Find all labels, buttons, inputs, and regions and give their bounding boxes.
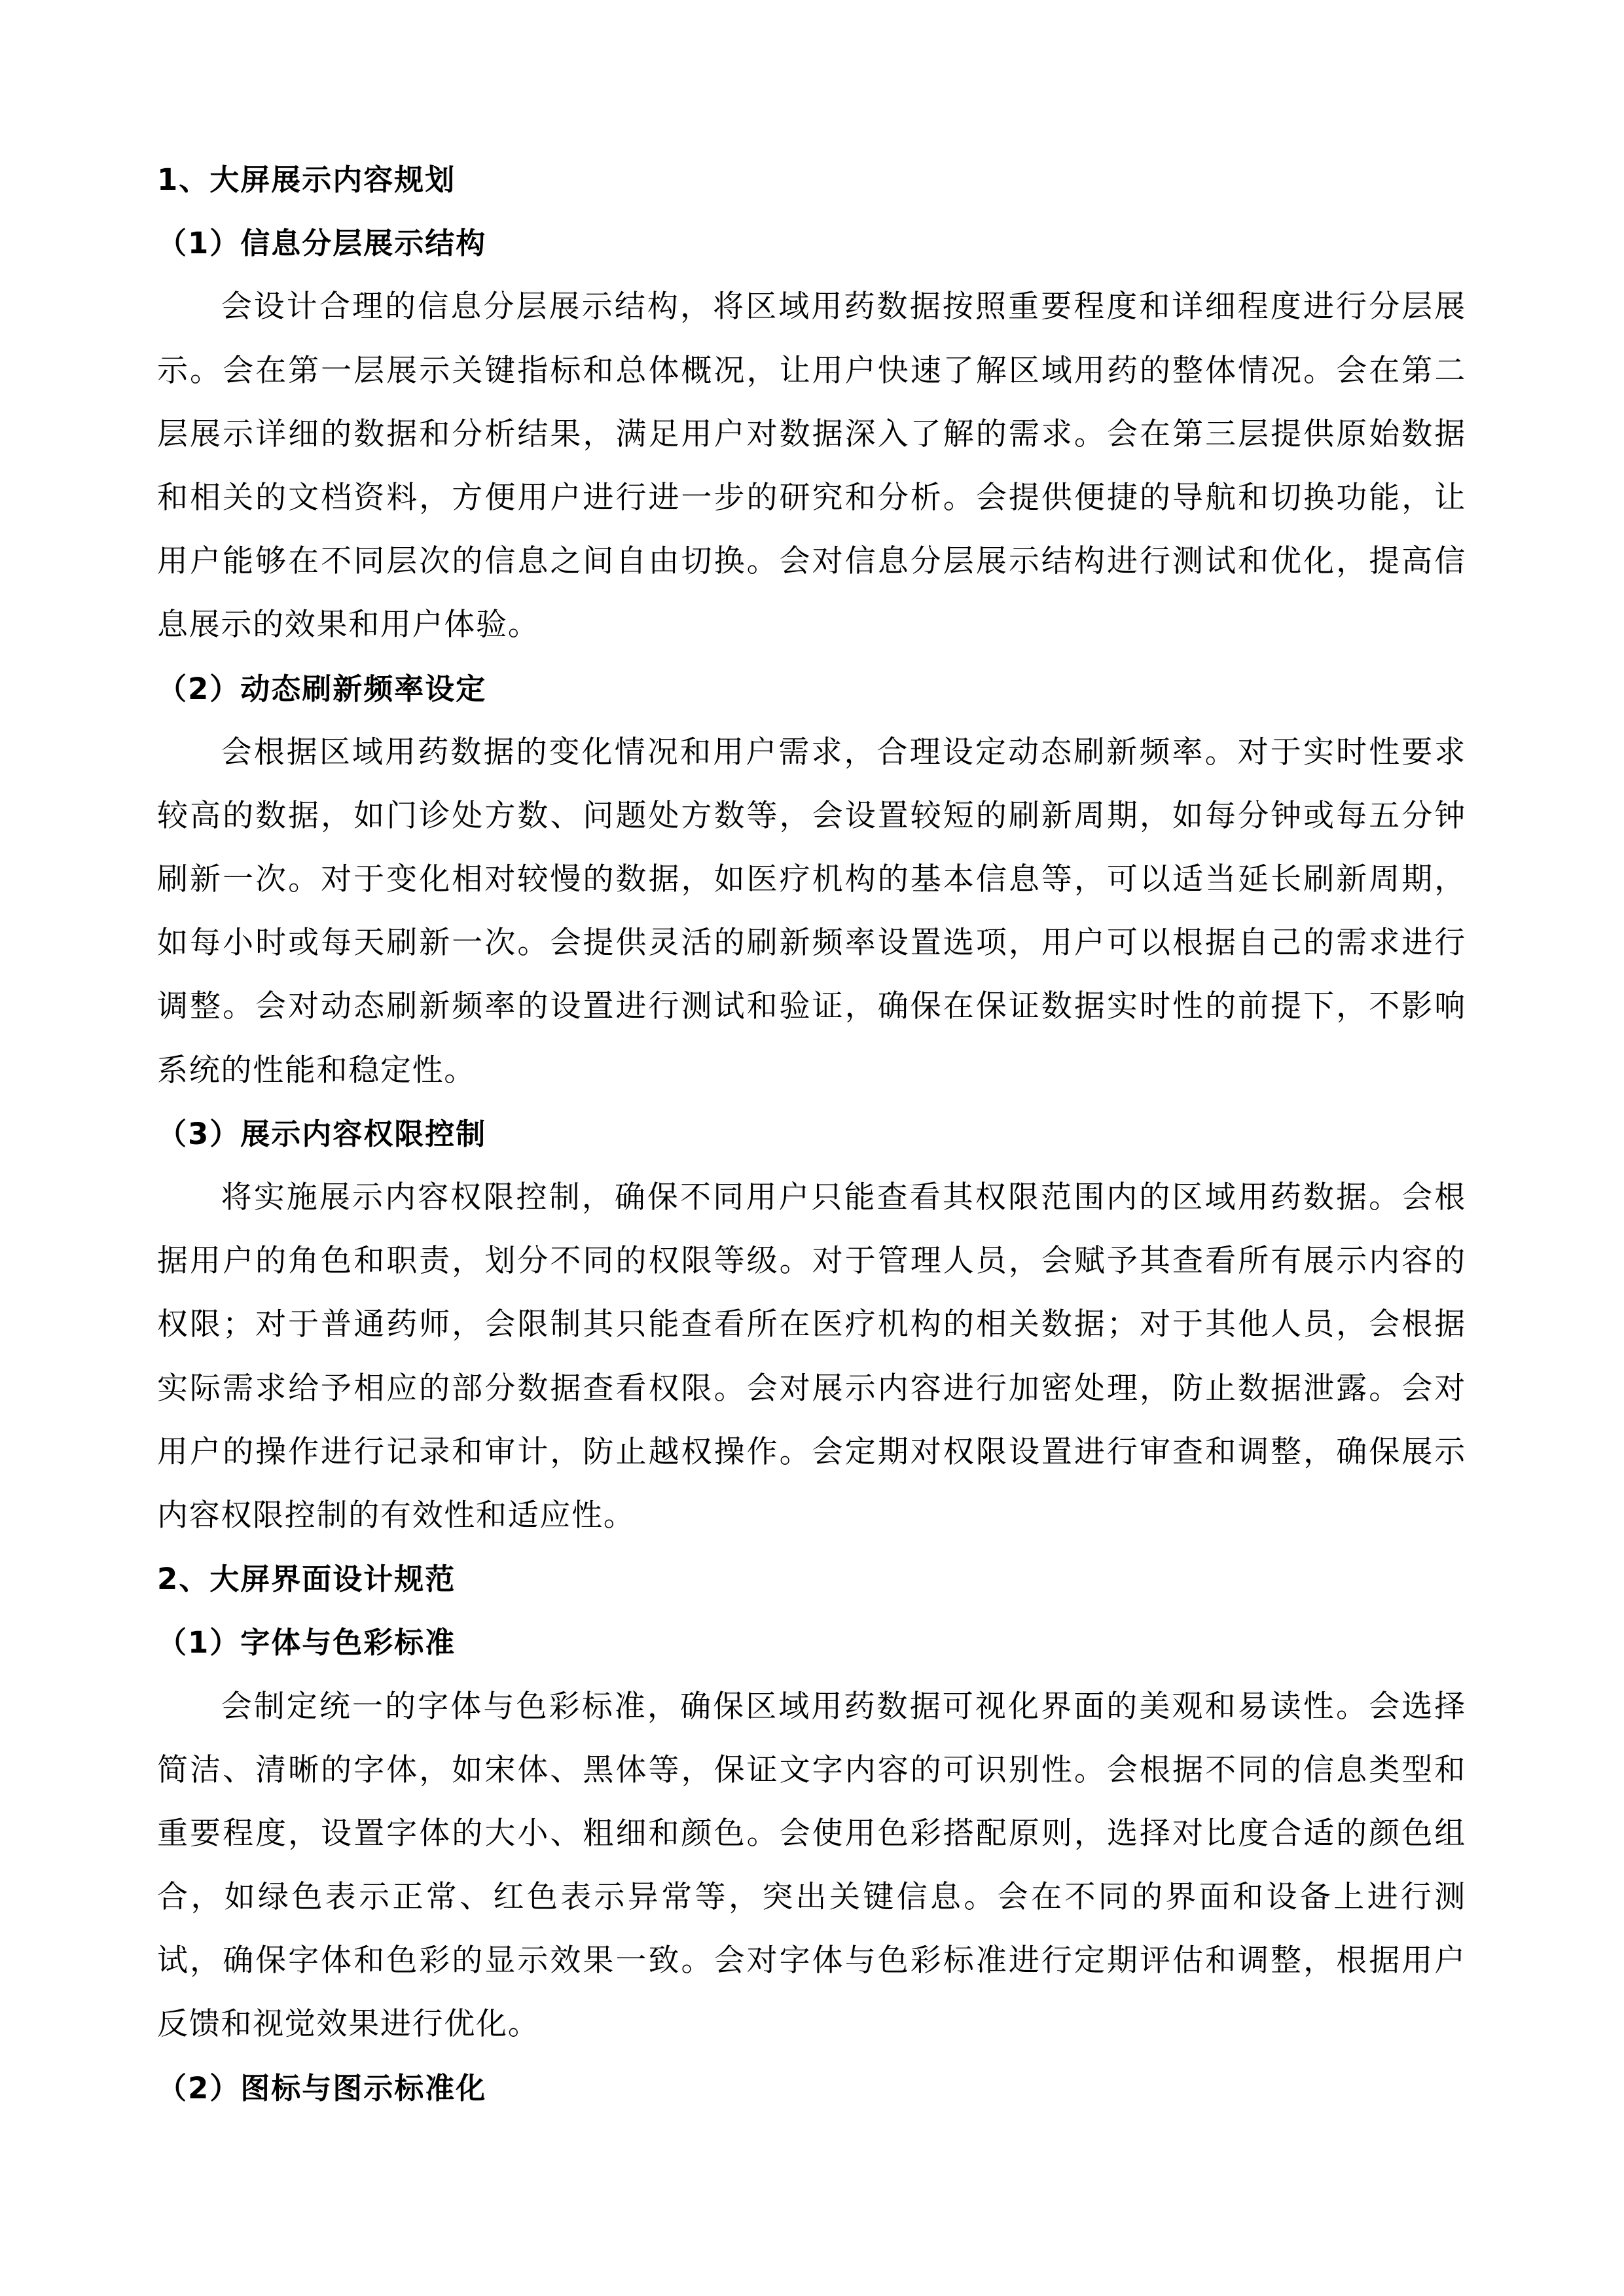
- paragraph-line: 反馈和视觉效果进行优化。: [157, 1992, 1466, 2056]
- paragraph-line: 系统的性能和稳定性。: [157, 1039, 1466, 1102]
- paragraph-line: 息展示的效果和用户体验。: [157, 593, 1466, 656]
- subsection-heading: （2）图标与图示标准化: [157, 2056, 1466, 2120]
- paragraph-line: 用户能够在不同层次的信息之间自由切换。会对信息分层展示结构进行测试和优化，提高信: [157, 529, 1466, 593]
- paragraph-line: 刷新一次。对于变化相对较慢的数据，如医疗机构的基本信息等，可以适当延长刷新周期，: [157, 848, 1466, 911]
- paragraph: 会制定统一的字体与色彩标准，确保区域用药数据可视化界面的美观和易读性。会选择 简…: [157, 1675, 1466, 2056]
- paragraph: 会设计合理的信息分层展示结构，将区域用药数据按照重要程度和详细程度进行分层展 示…: [157, 275, 1466, 656]
- paragraph-line: 合，如绿色表示正常、红色表示异常等，突出关键信息。会在不同的界面和设备上进行测: [157, 1865, 1466, 1929]
- paragraph-line: 示。会在第一层展示关键指标和总体概况，让用户快速了解区域用药的整体情况。会在第二: [157, 339, 1466, 403]
- paragraph-line: 试，确保字体和色彩的显示效果一致。会对字体与色彩标准进行定期评估和调整，根据用户: [157, 1929, 1466, 1992]
- paragraph-line: 如每小时或每天刷新一次。会提供灵活的刷新频率设置选项，用户可以根据自己的需求进行: [157, 911, 1466, 975]
- subsection-heading: （1）信息分层展示结构: [157, 211, 1466, 275]
- subsection-heading: （2）动态刷新频率设定: [157, 657, 1466, 721]
- paragraph-line: 权限；对于普通药师，会限制其只能查看所在医疗机构的相关数据；对于其他人员，会根据: [157, 1293, 1466, 1356]
- paragraph-line: 会设计合理的信息分层展示结构，将区域用药数据按照重要程度和详细程度进行分层展: [157, 275, 1466, 338]
- paragraph-line: 用户的操作进行记录和审计，防止越权操作。会定期对权限设置进行审查和调整，确保展示: [157, 1420, 1466, 1484]
- paragraph-line: 会制定统一的字体与色彩标准，确保区域用药数据可视化界面的美观和易读性。会选择: [157, 1675, 1466, 1738]
- paragraph-line: 较高的数据，如门诊处方数、问题处方数等，会设置较短的刷新周期，如每分钟或每五分钟: [157, 784, 1466, 848]
- paragraph-line: 内容权限控制的有效性和适应性。: [157, 1484, 1466, 1547]
- paragraph: 会根据区域用药数据的变化情况和用户需求，合理设定动态刷新频率。对于实时性要求 较…: [157, 721, 1466, 1102]
- paragraph: 将实施展示内容权限控制，确保不同用户只能查看其权限范围内的区域用药数据。会根 据…: [157, 1166, 1466, 1547]
- document-page: 1、大屏展示内容规划 （1）信息分层展示结构 会设计合理的信息分层展示结构，将区…: [157, 148, 1466, 2120]
- paragraph-line: 和相关的文档资料，方便用户进行进一步的研究和分析。会提供便捷的导航和切换功能，让: [157, 466, 1466, 529]
- paragraph-line: 将实施展示内容权限控制，确保不同用户只能查看其权限范围内的区域用药数据。会根: [157, 1166, 1466, 1229]
- paragraph-line: 实际需求给予相应的部分数据查看权限。会对展示内容进行加密处理，防止数据泄露。会对: [157, 1357, 1466, 1420]
- paragraph-line: 调整。会对动态刷新频率的设置进行测试和验证，确保在保证数据实时性的前提下，不影响: [157, 975, 1466, 1038]
- section-heading: 1、大屏展示内容规划: [157, 148, 1466, 211]
- paragraph-line: 会根据区域用药数据的变化情况和用户需求，合理设定动态刷新频率。对于实时性要求: [157, 721, 1466, 784]
- paragraph-line: 简洁、清晰的字体，如宋体、黑体等，保证文字内容的可识别性。会根据不同的信息类型和: [157, 1738, 1466, 1802]
- paragraph-line: 层展示详细的数据和分析结果，满足用户对数据深入了解的需求。会在第三层提供原始数据: [157, 403, 1466, 466]
- paragraph-line: 重要程度，设置字体的大小、粗细和颜色。会使用色彩搭配原则，选择对比度合适的颜色组: [157, 1802, 1466, 1865]
- paragraph-line: 据用户的角色和职责，划分不同的权限等级。对于管理人员，会赋予其查看所有展示内容的: [157, 1229, 1466, 1293]
- section-heading: 2、大屏界面设计规范: [157, 1547, 1466, 1611]
- subsection-heading: （1）字体与色彩标准: [157, 1611, 1466, 1674]
- subsection-heading: （3）展示内容权限控制: [157, 1102, 1466, 1166]
